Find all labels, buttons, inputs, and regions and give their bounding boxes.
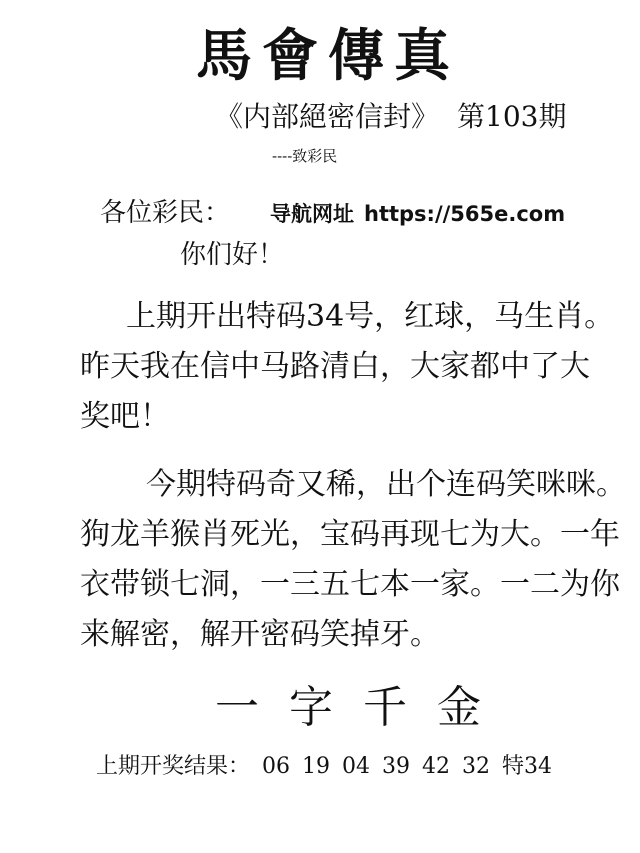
nav-banner: 导航网址https://565e.com <box>270 199 565 229</box>
paragraph-line: 昨天我在信中马路清白，大家都中了大 <box>80 342 590 392</box>
nav-label: 导航网址 <box>270 202 354 226</box>
slogan: 一字千金 <box>215 680 511 736</box>
result-number: 42 <box>422 754 450 779</box>
subtitle: 《内部絕密信封》第103期 <box>215 100 566 134</box>
paragraph-last-result: 上期开出特码34号，红球，马生肖。 昨天我在信中马路清白，大家都中了大 奖吧！ <box>80 292 590 442</box>
result-number: 06 <box>262 754 290 779</box>
page-title: 馬會傳真 <box>196 24 460 88</box>
hello-text: 你们好！ <box>180 238 284 272</box>
paragraph-riddle: 今期特码奇又稀，出个连码笑咪咪。 狗龙羊猴肖死光，宝码再现七为大。一年 衣带锁七… <box>80 460 590 660</box>
results-label: 上期开奖结果： <box>96 754 250 779</box>
last-results: 上期开奖结果：061904394232特34 <box>96 752 552 782</box>
results-numbers: 061904394232特34 <box>250 754 552 779</box>
subtitle-envelope: 《内部絕密信封》 <box>215 100 439 133</box>
paragraph-line: 奖吧！ <box>80 392 590 442</box>
result-number: 39 <box>382 754 410 779</box>
result-special: 特34 <box>502 754 552 779</box>
paragraph-line: 狗龙羊猴肖死光，宝码再现七为大。一年 <box>80 510 590 560</box>
result-number: 32 <box>462 754 490 779</box>
nav-url-link[interactable]: https://565e.com <box>364 202 565 226</box>
paragraph-line: 衣带锁七洞，一三五七本一家。一二为你 <box>80 560 590 610</box>
result-number: 19 <box>302 754 330 779</box>
salutation: 各位彩民： <box>100 196 230 230</box>
dedication: ----致彩民 <box>272 146 337 166</box>
paragraph-line: 上期开出特码34号，红球，马生肖。 <box>80 292 590 342</box>
result-number: 04 <box>342 754 370 779</box>
issue-number: 第103期 <box>457 100 566 133</box>
paragraph-line: 今期特码奇又稀，出个连码笑咪咪。 <box>80 460 590 510</box>
paragraph-line: 来解密，解开密码笑掉牙。 <box>80 610 590 660</box>
